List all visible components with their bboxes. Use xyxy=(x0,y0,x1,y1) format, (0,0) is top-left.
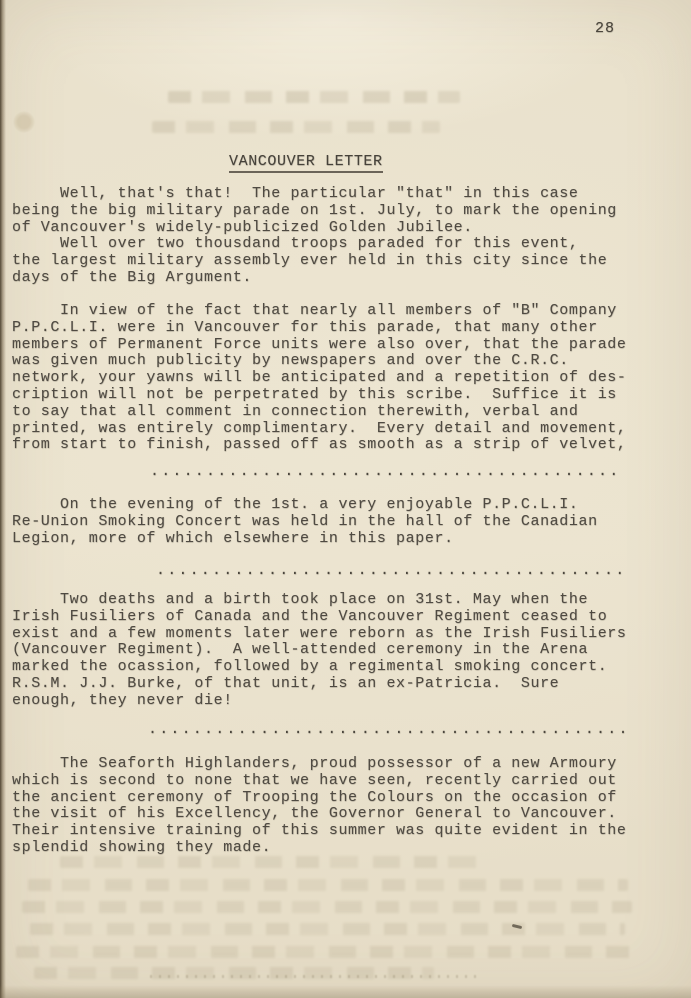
text-line: the visit of his Excellency, the Governo… xyxy=(12,806,627,823)
paragraph-intro: Well, that's that! The particular "that"… xyxy=(12,186,617,287)
text-line: R.S.M. J.J. Burke, of that unit, is an e… xyxy=(12,676,627,693)
text-line: Well over two thousdand troops paraded f… xyxy=(12,236,617,253)
binding-edge-shadow xyxy=(0,0,6,998)
text-line: the largest military assembly ever held … xyxy=(12,253,617,270)
text-line: the ancient ceremony of Trooping the Col… xyxy=(12,790,627,807)
text-line: cription will not be perpetrated by this… xyxy=(12,387,627,404)
bleedthrough-line xyxy=(22,901,632,913)
text-line: exist and a few moments later were rebor… xyxy=(12,626,627,643)
bleedthrough-line xyxy=(16,946,636,958)
page-bottom-edge xyxy=(0,985,691,998)
paragraph-concert: On the evening of the 1st. a very enjoya… xyxy=(12,497,598,547)
paragraph-parade: In view of the fact that nearly all memb… xyxy=(12,303,627,454)
paragraph-regiment: Two deaths and a birth took place on 31s… xyxy=(12,592,627,710)
text-line: members of Permanent Force units were al… xyxy=(12,337,627,354)
page-number: 28 xyxy=(595,20,615,37)
text-line: to say that all comment in connection th… xyxy=(12,404,627,421)
scanned-page: 28 VANCOUVER LETTER Well, that's that! T… xyxy=(0,0,691,998)
separator-dots: ........................................… xyxy=(150,464,620,481)
paper-stain xyxy=(13,111,35,133)
text-line: P.P.C.L.I. were in Vancouver for this pa… xyxy=(12,320,627,337)
text-line: In view of the fact that nearly all memb… xyxy=(12,303,627,320)
text-line: enough, they never die! xyxy=(12,693,627,710)
separator-dots: ........................................… xyxy=(156,563,626,580)
text-line: Legion, more of which elsewhere in this … xyxy=(12,531,598,548)
text-line: was given much publicity by newspapers a… xyxy=(12,353,627,370)
text-line: of Vancouver's widely-publicized Golden … xyxy=(12,220,617,237)
text-line: printed, was entirely complimentary. Eve… xyxy=(12,421,627,438)
text-line: Irish Fusiliers of Canada and the Vancou… xyxy=(12,609,627,626)
bleedthrough-line xyxy=(152,121,440,133)
text-line: which is second to none that we have see… xyxy=(12,773,627,790)
bleedthrough-line xyxy=(28,879,628,891)
bleedthrough-line xyxy=(168,91,460,103)
paragraph-seaforth: The Seaforth Highlanders, proud possesso… xyxy=(12,756,627,857)
text-line: from start to finish, passed off as smoo… xyxy=(12,437,627,454)
bleedthrough-line xyxy=(30,923,625,935)
text-line: Re-Union Smoking Concert was held in the… xyxy=(12,514,598,531)
page-title: VANCOUVER LETTER xyxy=(229,153,383,173)
text-line: days of the Big Argument. xyxy=(12,270,617,287)
text-line: Two deaths and a birth took place on 31s… xyxy=(12,592,627,609)
separator-dots: ........................................… xyxy=(148,722,630,739)
bleedthrough-dotted-line xyxy=(150,975,480,978)
text-line: The Seaforth Highlanders, proud possesso… xyxy=(12,756,627,773)
text-line: Well, that's that! The particular "that"… xyxy=(12,186,617,203)
text-line: (Vancouver Regiment). A well-attended ce… xyxy=(12,642,627,659)
text-line: being the big military parade on 1st. Ju… xyxy=(12,203,617,220)
text-line: network, your yawns will be anticipated … xyxy=(12,370,627,387)
text-line: On the evening of the 1st. a very enjoya… xyxy=(12,497,598,514)
bleedthrough-line xyxy=(60,856,490,868)
text-line: marked the ocassion, followed by a regim… xyxy=(12,659,627,676)
text-line: splendid showing they made. xyxy=(12,840,627,857)
text-line: Their intensive training of this summer … xyxy=(12,823,627,840)
